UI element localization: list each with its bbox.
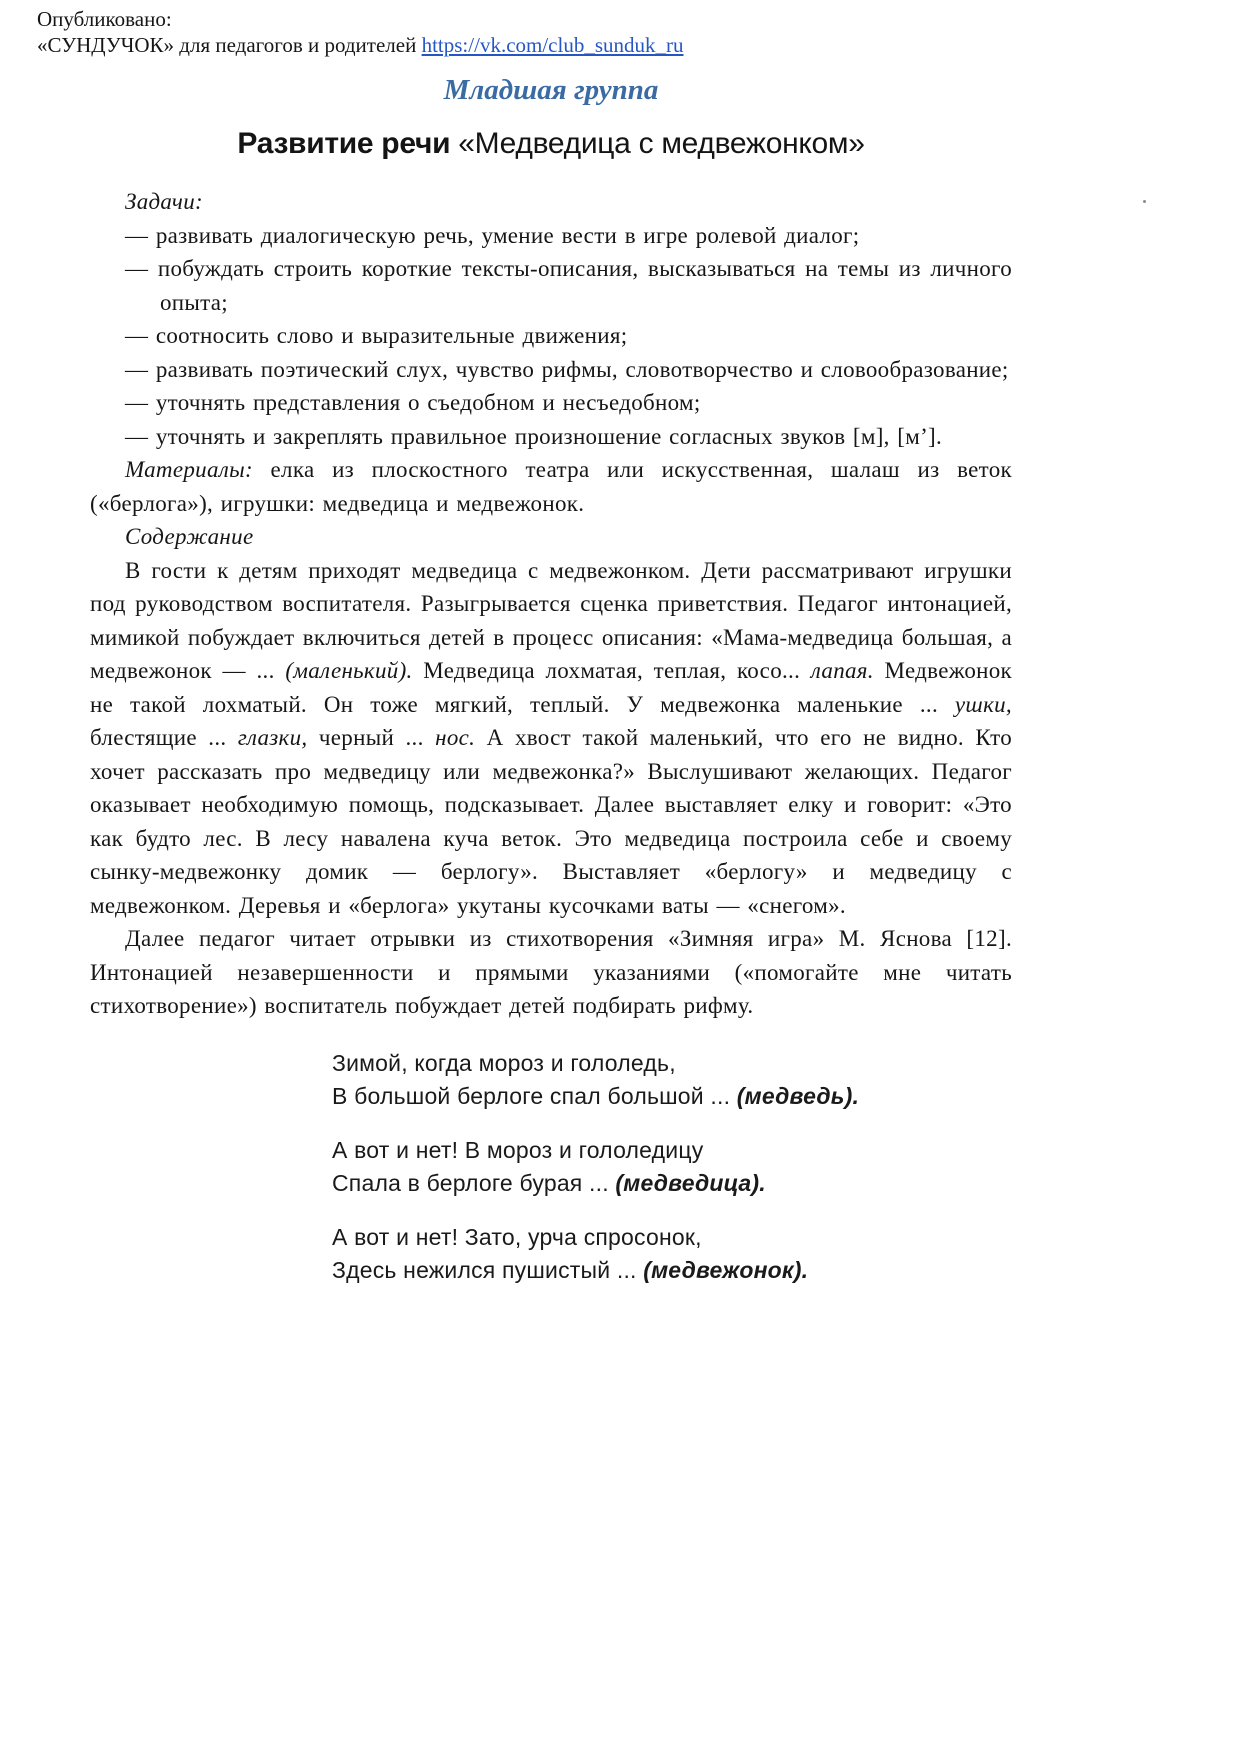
published-label: Опубликовано: xyxy=(37,6,1240,32)
poem-answer: (медведица). xyxy=(615,1170,765,1196)
poem-line-text: Здесь нежился пушистый ... xyxy=(332,1257,643,1283)
source-line: «СУНДУЧОК» для педагогов и родителей htt… xyxy=(37,32,1240,58)
page-title-bold: Развитие речи xyxy=(237,127,450,160)
page-title-rest: «Медведица с медвежонком» xyxy=(450,127,864,160)
content-answer-word: (маленький). xyxy=(285,658,412,683)
poem-line: Спала в берлоге бурая ... (медведица). xyxy=(332,1167,1240,1200)
content-answer-word: глазки, xyxy=(238,725,308,750)
publication-header: Опубликовано: «СУНДУЧОК» для педагогов и… xyxy=(0,0,1240,58)
task-item: — уточнять представления о съедобном и н… xyxy=(90,386,1012,420)
content-answer-word: лапая. xyxy=(811,658,874,683)
tasks-heading: Задачи: xyxy=(90,185,1012,219)
poem-stanza: А вот и нет! В мороз и гололедицу Спала … xyxy=(332,1134,1240,1200)
poem-line: Здесь нежился пушистый ... (медвежонок). xyxy=(332,1254,1240,1287)
content-text: А хвост такой маленький, что его не видн… xyxy=(90,725,1012,918)
content-paragraph-2: Далее педагог читает отрывки из стихотво… xyxy=(90,922,1012,1023)
task-item: — развивать диалогическую речь, умение в… xyxy=(90,219,1012,253)
content-answer-word: ушки, xyxy=(955,692,1012,717)
source-prefix: «СУНДУЧОК» для педагогов и родителей xyxy=(37,33,422,57)
task-item: — уточнять и закреплять правильное произ… xyxy=(90,420,1012,454)
scan-speck xyxy=(1143,200,1146,203)
poem-line: А вот и нет! В мороз и гололедицу xyxy=(332,1134,1240,1167)
poem-line: Зимой, когда мороз и гололедь, xyxy=(332,1047,1240,1080)
materials-label: Материалы: xyxy=(125,457,253,482)
poem-answer: (медвежонок). xyxy=(643,1257,808,1283)
poem-answer: (медведь). xyxy=(737,1083,859,1109)
poem-line: А вот и нет! Зато, урча спросонок, xyxy=(332,1221,1240,1254)
vk-club-link[interactable]: https://vk.com/club_sunduk_ru xyxy=(422,33,684,57)
poem: Зимой, когда мороз и гололедь, В большой… xyxy=(332,1047,1240,1287)
poem-stanza: Зимой, когда мороз и гололедь, В большой… xyxy=(332,1047,1240,1113)
content-text: черный ... xyxy=(307,725,435,750)
materials-paragraph: Материалы: елка из плоскостного театра и… xyxy=(90,453,1012,520)
task-item: — соотносить слово и выразительные движе… xyxy=(90,319,1012,353)
content-paragraph-1: В гости к детям приходят медведица с мед… xyxy=(90,554,1012,923)
content-answer-word: нос. xyxy=(435,725,475,750)
content-text: Медведица лохматая, теплая, косо... xyxy=(413,658,811,683)
task-item: — побуждать строить короткие тексты-опис… xyxy=(90,252,1012,319)
content-text: блестящие ... xyxy=(90,725,238,750)
task-item: — развивать поэтический слух, чувство ри… xyxy=(90,353,1012,387)
poem-stanza: А вот и нет! Зато, урча спросонок, Здесь… xyxy=(332,1221,1240,1287)
group-title: Младшая группа xyxy=(0,74,1102,107)
document-body: Задачи: — развивать диалогическую речь, … xyxy=(90,185,1012,1023)
page-title: Развитие речи «Медведица с медвежонком» xyxy=(0,127,1102,161)
poem-line-text: Спала в берлоге бурая ... xyxy=(332,1170,615,1196)
document-page: Опубликовано: «СУНДУЧОК» для педагогов и… xyxy=(0,0,1240,1754)
content-heading: Содержание xyxy=(90,520,1012,554)
poem-line-text: В большой берлоге спал большой ... xyxy=(332,1083,737,1109)
poem-line: В большой берлоге спал большой ... (медв… xyxy=(332,1080,1240,1113)
